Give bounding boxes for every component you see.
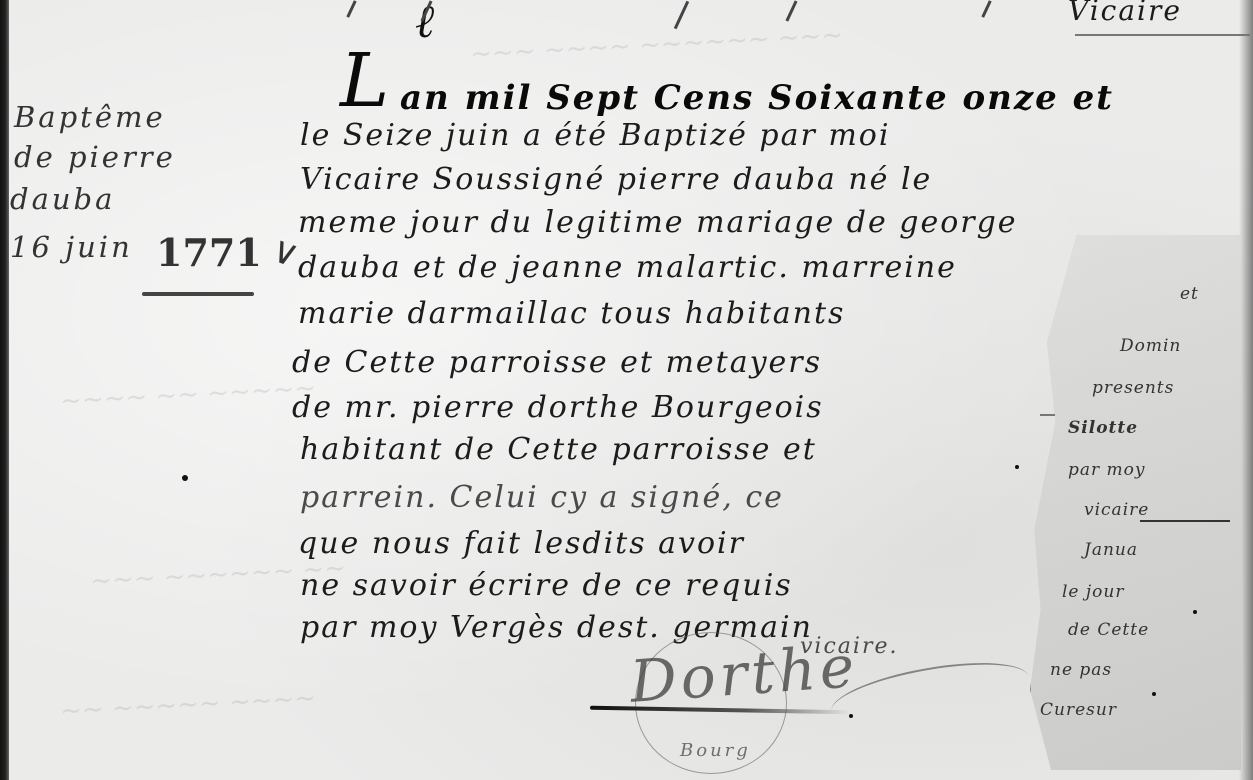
fragment-line: Silotte [1068, 418, 1138, 438]
record-line-12: ne savoir écrire de ce requis [300, 568, 793, 603]
record-line-4: meme jour du legitime mariage de george [298, 205, 1018, 240]
record-line-6: marie darmaillac tous habitants [298, 296, 845, 331]
margin-title: Baptême [14, 100, 166, 134]
bleed-through-text: ~~~ ~~~~ ~~~~~~ ~~~ [469, 20, 843, 69]
top-flourish-ornament: ℓ [415, 0, 434, 48]
page-binding-edge [0, 0, 9, 780]
fragment-line: Curesur [1040, 700, 1117, 720]
record-line-8: de mr. pierre dorthe Bourgeois [292, 390, 824, 425]
record-line-3: Vicaire Soussigné pierre dauba né le [300, 162, 932, 197]
record-line-1: an mil Sept Cens Soixante onze et [400, 78, 1114, 118]
record-line-11: que nous fait lesdits avoir [298, 526, 745, 561]
ink-spot [1193, 610, 1197, 614]
fragment-line: le jour [1062, 582, 1124, 602]
fragment-line: de Cette [1068, 620, 1149, 640]
page-right-edge [1239, 0, 1253, 780]
register-page: ~~~ ~~~~ ~~~~~~ ~~~ ~~~~ ~~ ~~~~~ ~~~ ~~… [0, 0, 1253, 780]
fragment-line: par moy [1068, 460, 1146, 480]
signature: Dorthe [628, 632, 860, 716]
margin-date: 16 juin [10, 230, 133, 264]
margin-name-1: de pierre [14, 140, 176, 174]
ink-spot [849, 714, 853, 718]
year-underline [142, 292, 254, 296]
signature-tail-flourish [827, 651, 1033, 737]
bleed-through-text: ~~~~ ~~ ~~~~~ [59, 373, 316, 416]
signature-subscript: Bourg [680, 740, 751, 761]
fragment-underline [1140, 520, 1230, 522]
fragment-line: et [1180, 284, 1199, 304]
record-line-10: parrein. Celui cy a signé, ce [300, 480, 784, 515]
fragment-line: vicaire [1084, 500, 1149, 520]
ink-spot [1015, 465, 1019, 469]
header-underline [1075, 34, 1250, 36]
bleed-through-text: ~~ ~~~~~ ~~~~ [59, 683, 316, 726]
record-line-7: de Cette parroisse et metayers [292, 345, 822, 380]
margin-year: 1771 [156, 230, 262, 275]
fragment-line: Janua [1084, 540, 1138, 560]
fragment-line: ne pas [1050, 660, 1112, 680]
record-line-2: le Seize juin a été Baptizé par moi [300, 118, 890, 153]
record-line-5: dauba et de jeanne malartic. marreine [298, 250, 957, 285]
ink-spot [182, 475, 188, 481]
fragment-line: Domin [1120, 336, 1181, 356]
ink-spot [1152, 692, 1156, 696]
margin-name-2: dauba [10, 182, 115, 216]
header-vicaire-label: Vicaire [1068, 0, 1182, 27]
record-line-9: habitant de Cette parroisse et [300, 432, 817, 467]
fragment-line: presents [1092, 378, 1174, 398]
fragment-rule [1040, 414, 1055, 416]
record-initial: L [340, 38, 389, 124]
